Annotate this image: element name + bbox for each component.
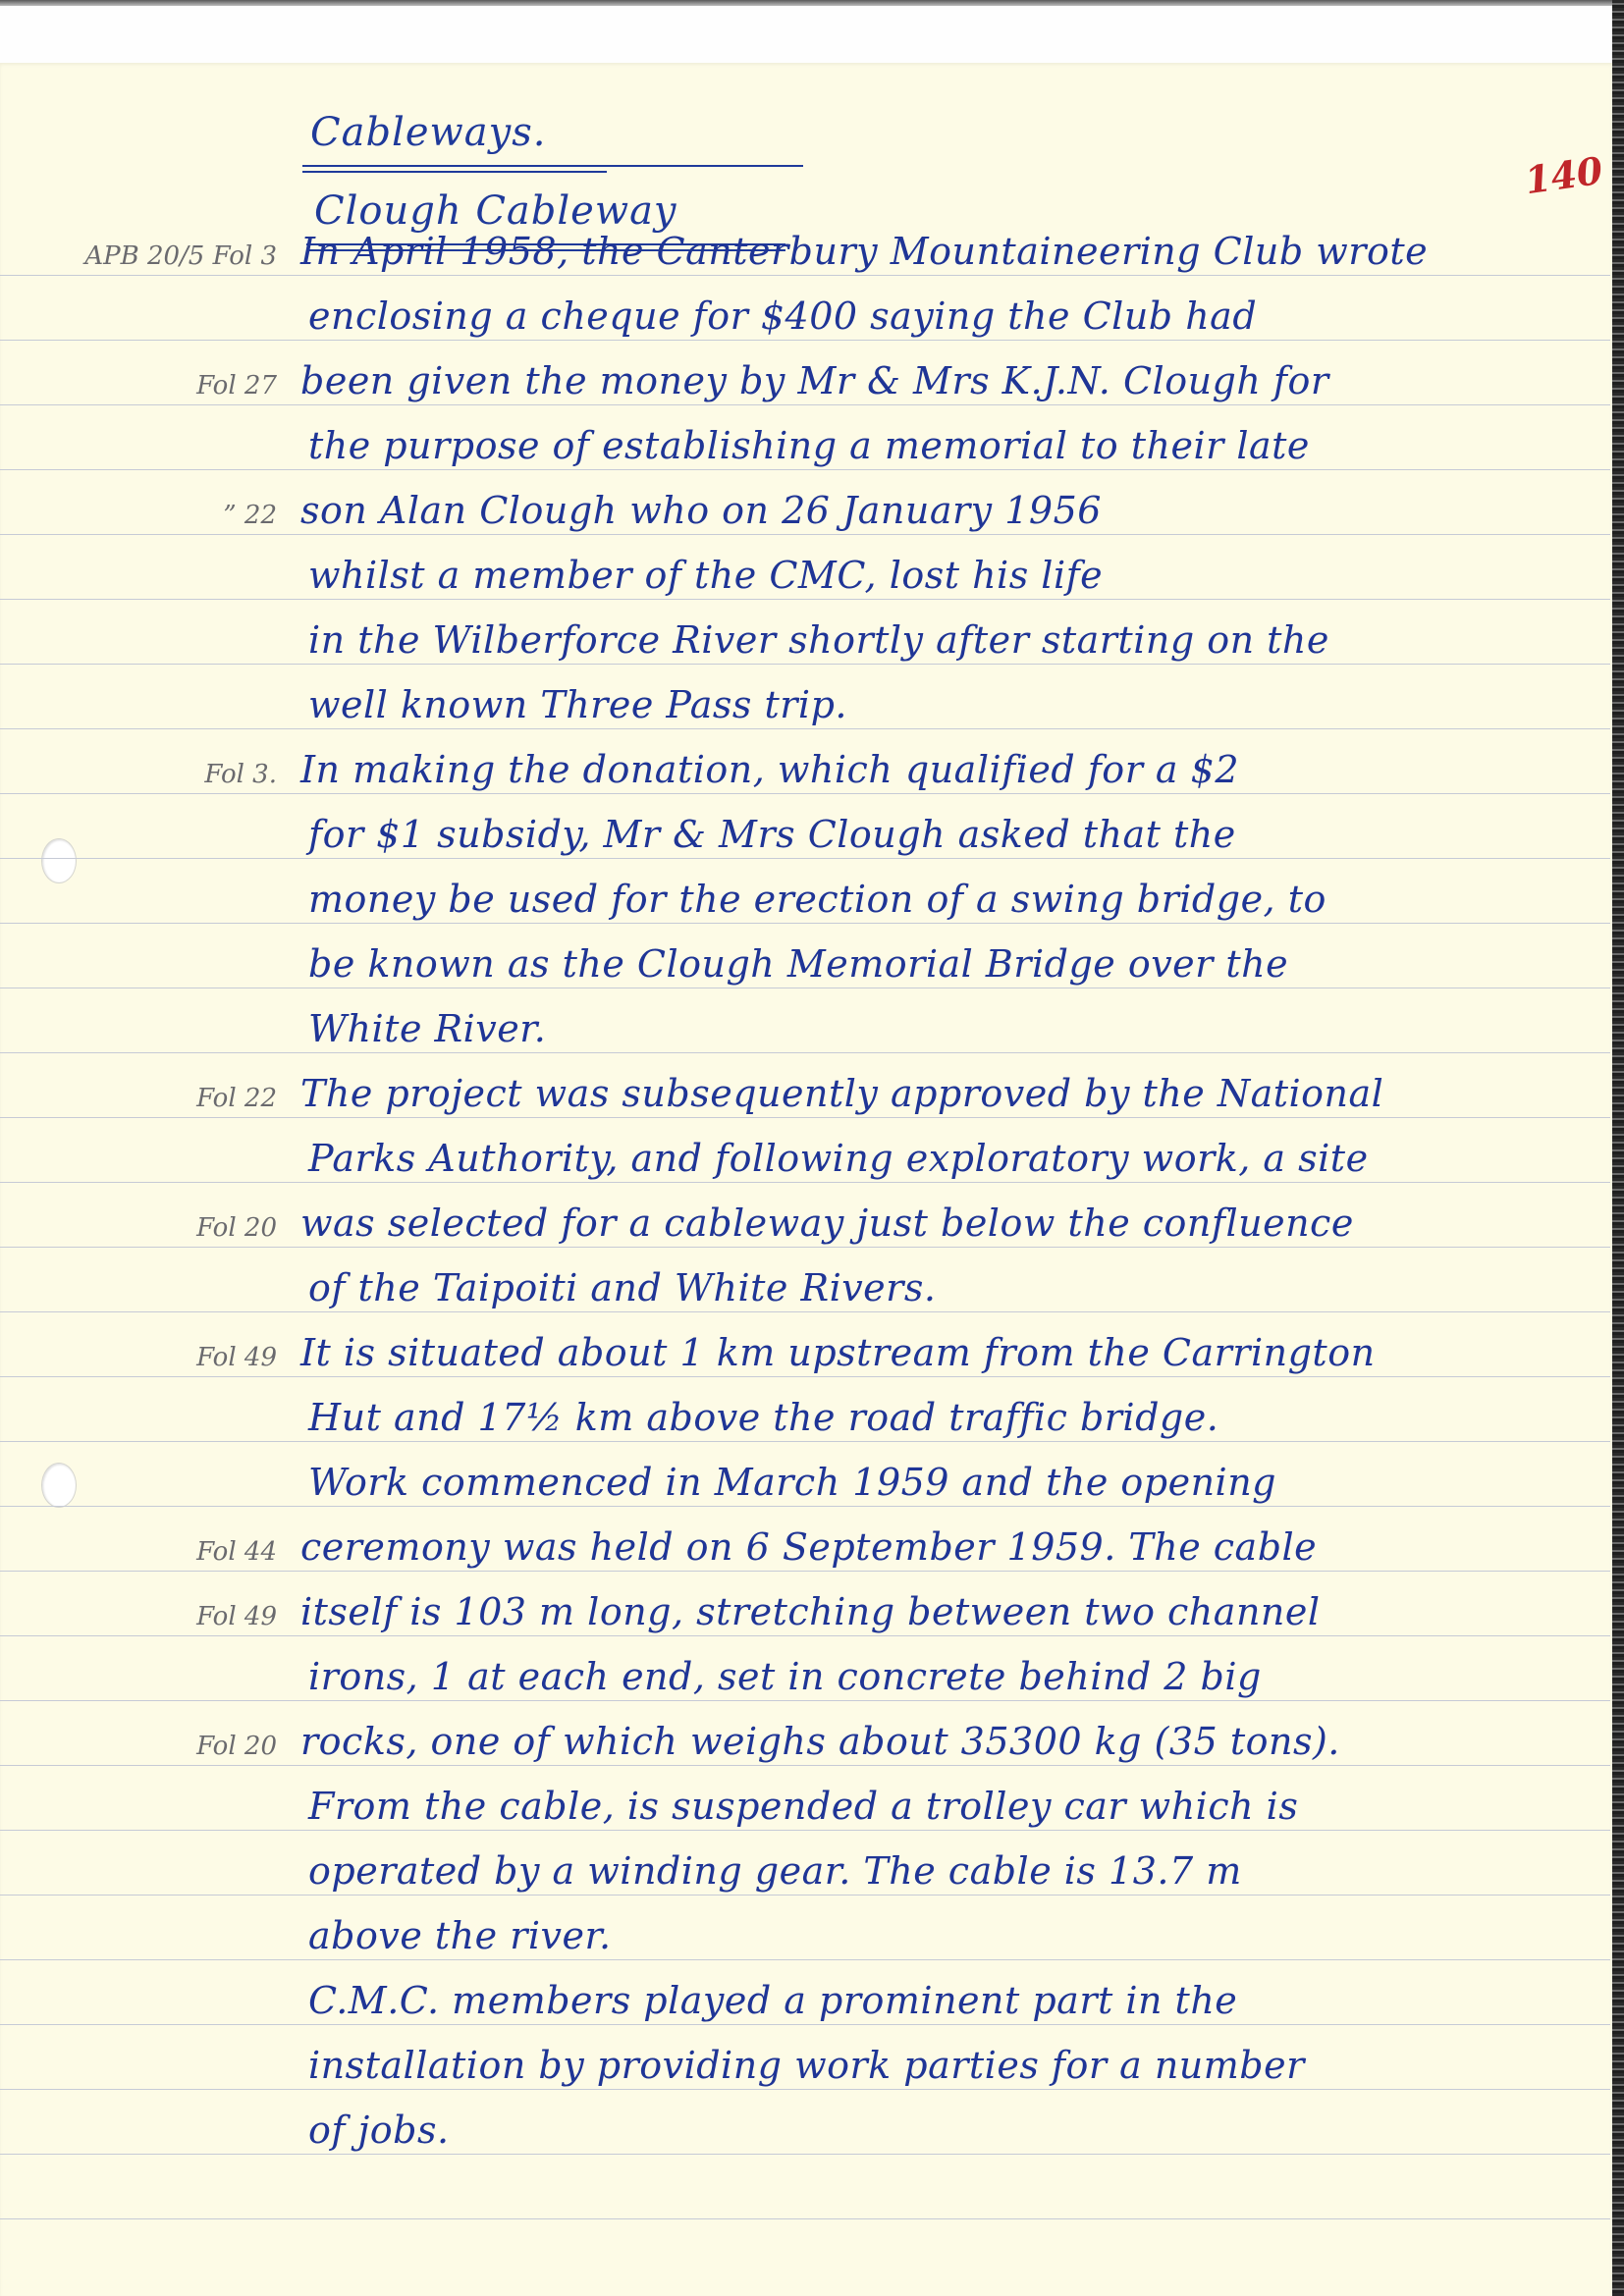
text-line: be known as the Clough Memorial Bridge o… xyxy=(308,942,1288,986)
margin-reference: Fol 20 xyxy=(196,1213,277,1243)
page-title: Cableways. xyxy=(310,110,546,155)
text-line: well known Three Pass trip. xyxy=(308,683,847,726)
binder-edge xyxy=(1612,0,1624,2296)
ruled-line xyxy=(0,1052,1610,1053)
text-line: enclosing a cheque for $400 saying the C… xyxy=(308,294,1257,338)
text-line: rocks, one of which weighs about 35300 k… xyxy=(300,1720,1340,1763)
text-line: in the Wilberforce River shortly after s… xyxy=(308,618,1329,662)
ruled-line xyxy=(0,1571,1610,1572)
margin-reference: Fol 49 xyxy=(196,1343,277,1372)
text-line: for $1 subsidy, Mr & Mrs Clough asked th… xyxy=(308,813,1236,856)
subtitle-text: Clough Cableway xyxy=(314,188,677,234)
ruled-line xyxy=(0,2089,1610,2090)
ruled-line xyxy=(0,1311,1610,1312)
margin-reference: APB 20/5 Fol 3 xyxy=(84,241,277,271)
ruled-line xyxy=(0,1895,1610,1896)
ruled-line xyxy=(0,988,1610,988)
ruled-line xyxy=(0,404,1610,405)
text-line: irons, 1 at each end, set in concrete be… xyxy=(308,1655,1262,1698)
text-line: itself is 103 m long, stretching between… xyxy=(300,1590,1321,1633)
ruled-line xyxy=(0,340,1610,341)
page-subtitle: Clough Cableway xyxy=(314,188,677,234)
ruled-line xyxy=(0,1117,1610,1118)
text-line: ceremony was held on 6 September 1959. T… xyxy=(300,1525,1317,1569)
text-line: In April 1958, the Canterbury Mountainee… xyxy=(300,230,1428,273)
text-line: White River. xyxy=(308,1007,546,1050)
text-line: It is situated about 1 km upstream from … xyxy=(300,1331,1376,1374)
ruled-line xyxy=(0,2154,1610,2155)
ruled-line xyxy=(0,2024,1610,2025)
margin-reference: Fol 20 xyxy=(196,1732,277,1761)
ruled-line xyxy=(0,1635,1610,1636)
text-line: whilst a member of the CMC, lost his lif… xyxy=(308,554,1103,597)
text-line: was selected for a cableway just below t… xyxy=(300,1201,1354,1245)
text-line: Work commenced in March 1959 and the ope… xyxy=(308,1461,1276,1504)
notebook-page: Cableways. Clough Cableway 140 APB 20/5 … xyxy=(0,63,1612,2296)
text-line: C.M.C. members played a prominent part i… xyxy=(308,1979,1237,2022)
text-line: of jobs. xyxy=(308,2109,450,2152)
margin-reference: Fol 27 xyxy=(196,371,277,400)
text-line: above the river. xyxy=(308,1914,612,1957)
ruled-line xyxy=(0,1506,1610,1507)
scan-margin xyxy=(0,6,1612,63)
ruled-line xyxy=(0,1765,1610,1766)
text-line: Hut and 17½ km above the road traffic br… xyxy=(308,1396,1218,1439)
ruled-line xyxy=(0,534,1610,535)
text-line: Parks Authority, and following explorato… xyxy=(308,1137,1369,1180)
ruled-line xyxy=(0,1959,1610,1960)
title-text: Cableways. xyxy=(310,110,546,155)
text-line: money be used for the erection of a swin… xyxy=(308,878,1326,921)
ruled-line xyxy=(0,1700,1610,1701)
text-line: been given the money by Mr & Mrs K.J.N. … xyxy=(300,359,1329,402)
margin-reference: Fol 44 xyxy=(196,1537,277,1567)
margin-reference: Fol 49 xyxy=(196,1602,277,1631)
ruled-line xyxy=(0,469,1610,470)
ruled-line xyxy=(0,1247,1610,1248)
text-line: From the cable, is suspended a trolley c… xyxy=(308,1785,1298,1828)
margin-reference: Fol 3. xyxy=(204,760,277,789)
ruled-line xyxy=(0,2218,1610,2219)
page-number: 140 xyxy=(1522,148,1605,203)
text-line: the purpose of establishing a memorial t… xyxy=(308,424,1310,467)
text-line: son Alan Clough who on 26 January 1956 xyxy=(300,489,1102,532)
text-line: operated by a winding gear. The cable is… xyxy=(308,1849,1242,1893)
margin-reference: ” 22 xyxy=(223,501,277,530)
ruled-line xyxy=(0,599,1610,600)
text-line: installation by providing work parties f… xyxy=(308,2044,1305,2087)
ruled-line xyxy=(0,664,1610,665)
ruled-line xyxy=(0,728,1610,729)
punch-hole xyxy=(41,838,77,883)
ruled-line xyxy=(0,858,1610,859)
margin-reference: Fol 22 xyxy=(196,1084,277,1113)
text-line: of the Taipoiti and White Rivers. xyxy=(308,1266,936,1309)
text-line: In making the donation, which qualified … xyxy=(300,748,1239,791)
ruled-line xyxy=(0,1441,1610,1442)
ruled-line xyxy=(0,1830,1610,1831)
ruled-line xyxy=(0,1376,1610,1377)
ruled-line xyxy=(0,793,1610,794)
ruled-line xyxy=(0,1182,1610,1183)
ruled-line xyxy=(0,923,1610,924)
text-line: The project was subsequently approved by… xyxy=(300,1072,1383,1115)
ruled-line xyxy=(0,275,1610,276)
punch-hole xyxy=(41,1463,77,1508)
